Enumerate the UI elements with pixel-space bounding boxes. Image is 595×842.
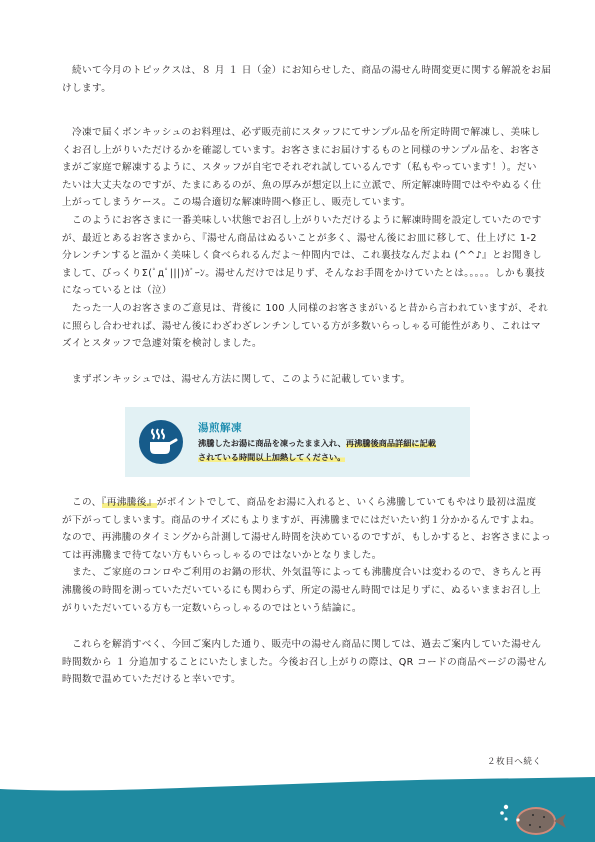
thawing-explanation-paragraph: 冷凍で届くボンキッシュのお料理は、必ず販売前にスタッフにてサンプル品を所定時間で…: [62, 124, 544, 353]
reboil-explanation-paragraph: この、『再沸騰後』がポイントでして、商品をお湯に入れると、いくら沸騰していてもや…: [62, 494, 544, 617]
text-line: ては再沸騰まで待てない方もいらっしゃるのではないかとなりました。: [62, 547, 544, 565]
pot-steam-icon: [139, 420, 183, 464]
text-line: くお召し上がりいただけるかを確認しています。お客さまにお届けするものと同様のサン…: [62, 142, 544, 160]
text-line: になっているとは（泣）: [62, 282, 544, 300]
document-page: 続いて今月のトピックスは、８ 月 １ 日（金）にお知らせした、商品の湯せん時間変…: [0, 0, 595, 842]
method-intro-paragraph: まずボンキッシュでは、湯せん方法に関して、このように記載しています。: [62, 371, 544, 389]
text-line: けします。: [62, 80, 544, 98]
sea-wave-footer: [0, 775, 595, 842]
text-segment: がポイントでして、商品をお湯に入れると、いくら沸騰していてもやはり最初は温度: [157, 497, 537, 508]
text-line: ズイとスタッフで急遽対策を検討しました。: [62, 335, 544, 353]
text-line: 上がってしまうケース。この場合適切な解凍時間へ修正し、販売しています。: [62, 194, 544, 212]
text-line: 分レンチンすると温かく美味しく食べられるんだよ～仲間内では、これ裏技なんだよね …: [62, 247, 544, 265]
notice-highlight: されている時間以上加熱してください。: [198, 452, 345, 462]
text-line: 時間数から １ 分追加することにいたしました。今後お召し上がりの際は、QR コー…: [62, 654, 544, 672]
text-line: に照らし合わせれば、湯せん後にわざわざレンチンしている方が多数いらっしゃる可能性…: [62, 318, 544, 336]
continue-label: ２枚目へ続く: [487, 755, 542, 767]
text-line: これらを解消すべく、今回ご案内した通り、販売中の湯せん商品に関しては、過去ご案内…: [62, 636, 544, 654]
text-line: まがご家庭で解凍するように、スタッフが自宅でそれぞれ試しているんです（私もやって…: [62, 159, 544, 177]
text-line: また、ご家庭のコンロやご利用のお鍋の形状、外気温等によっても沸騰度合いは変わるの…: [62, 564, 544, 582]
hot-water-thawing-notice: 湯煎解凍 沸騰したお湯に商品を凍ったまま入れ、再沸騰後商品詳細に記載 されている…: [125, 407, 470, 477]
text-line: たいは大丈夫なのですが、たまにあるのが、魚の厚みが想定以上に立派で、所定解凍時間…: [62, 177, 544, 195]
text-line: 沸騰後の時間を測っていただいているにも関わらず、所定の湯せん時間では足りずに、ぬ…: [62, 582, 544, 600]
notice-title: 湯煎解凍: [198, 420, 242, 435]
text-line: 冷凍で届くボンキッシュのお料理は、必ず販売前にスタッフにてサンプル品を所定時間で…: [62, 124, 544, 142]
text-line: たった一人のお客さまのご意見は、背後に 100 人同様のお客さまがいると昔から言…: [62, 300, 544, 318]
conclusion-paragraph: これらを解消すべく、今回ご案内した通り、販売中の湯せん商品に関しては、過去ご案内…: [62, 636, 544, 689]
text-line: 続いて今月のトピックスは、８ 月 １ 日（金）にお知らせした、商品の湯せん時間変…: [62, 62, 544, 80]
text-line: なので、再沸騰のタイミングから計測して湯せん時間を決めているのですが、もしかする…: [62, 529, 544, 547]
text-line: まして、びっくりΣ(ﾟдﾟ|||)ｶﾞｰﾝ。湯せんだけでは足りず、そんなお手間を…: [62, 265, 544, 283]
notice-highlight: 再沸騰後商品詳細に記載: [346, 438, 436, 448]
notice-text: 沸騰したお湯に商品を凍ったまま入れ、: [198, 438, 346, 448]
reboil-highlight: 『再沸騰後』: [102, 497, 157, 508]
text-line: まずボンキッシュでは、湯せん方法に関して、このように記載しています。: [62, 371, 544, 389]
text-line: がりいただいている方も一定数いらっしゃるのではという結論に。: [62, 600, 544, 618]
notice-body: 沸騰したお湯に商品を凍ったまま入れ、再沸騰後商品詳細に記載 されている時間以上加…: [198, 437, 468, 464]
intro-paragraph: 続いて今月のトピックスは、８ 月 １ 日（金）にお知らせした、商品の湯せん時間変…: [62, 62, 544, 97]
text-line: このようにお客さまに一番美味しい状態でお召し上がりいただけるように解凍時間を設定…: [62, 212, 544, 230]
text-line: 時間数で温めていただけると幸いです。: [62, 671, 544, 689]
text-line: が、最近とあるお客さまから、『湯せん商品はぬるいことが多く、湯せん後にお皿に移し…: [62, 230, 544, 248]
text-segment: この、: [62, 497, 102, 508]
text-line: が下がってしまいます。商品のサイズにもよりますが、再沸騰までにはだいたい約１分か…: [62, 512, 544, 530]
